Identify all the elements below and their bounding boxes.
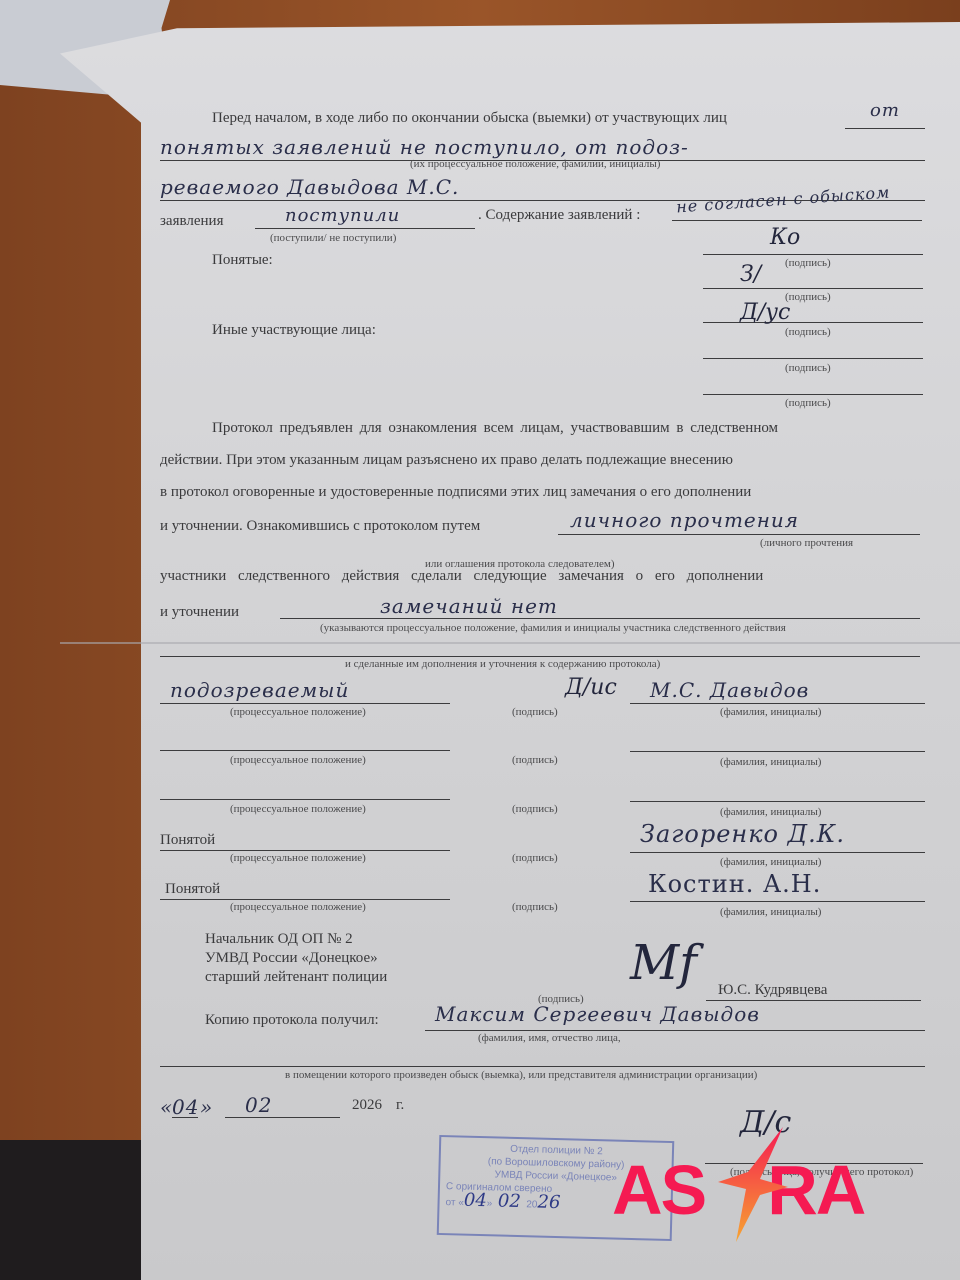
field-line <box>160 850 450 851</box>
signature-caption: (подпись) <box>785 257 831 269</box>
signature-caption: (подпись) <box>785 362 831 374</box>
logo-text-left: AS <box>612 1151 705 1229</box>
officer-name: Ю.С. Кудрявцева <box>718 982 827 999</box>
field-line <box>706 1000 921 1001</box>
caption-received: (поступили/ не поступили) <box>270 232 396 244</box>
caption-name: (фамилия, инициалы) <box>720 706 821 718</box>
hw-copy-receiver: Максим Сергеевич Давыдов <box>435 1002 760 1026</box>
hw-statements-1: понятых заявлений не поступило, от подоз… <box>160 135 689 159</box>
participant-role: Понятой <box>160 832 215 849</box>
field-line <box>845 128 925 129</box>
participant-role: Понятой <box>165 881 220 898</box>
signature-line <box>703 358 923 359</box>
intro-text: Перед началом, в ходе либо по окончании … <box>212 110 727 127</box>
stamp-month: 02 <box>498 1191 521 1213</box>
officer-title-line: УМВД России «Донецкое» <box>205 949 387 968</box>
participant-signature: Д/ис <box>565 675 617 700</box>
protocol-line-1: Протокол предъявлен для ознакомления все… <box>212 420 778 437</box>
field-line <box>160 1066 925 1067</box>
date-month: 02 <box>245 1093 272 1117</box>
hw-statements-0: от <box>870 100 900 121</box>
hw-statements-received: поступили <box>285 205 400 226</box>
field-line <box>255 228 475 229</box>
field-line <box>172 1117 198 1118</box>
field-line <box>160 899 450 900</box>
field-line <box>558 534 920 535</box>
other-participants-label: Иные участвующие лица: <box>212 322 376 339</box>
caption-remarks-1: (указываются процессуальное положение, ф… <box>320 622 786 634</box>
caption-role: (процессуальное положение) <box>230 852 366 864</box>
officer-signature: Мf <box>630 935 697 991</box>
protocol-line-3: в протокол оговоренные и удостоверенные … <box>160 484 751 501</box>
field-line <box>225 1117 340 1118</box>
participant-name: Костин. А.Н. <box>648 870 821 898</box>
stamp-year: 26 <box>537 1192 560 1214</box>
signature-caption: (подпись) <box>785 397 831 409</box>
field-line <box>425 1030 925 1031</box>
officer-title-line: Начальник ОД ОП № 2 <box>205 930 387 949</box>
stamp-day: 04 <box>464 1190 487 1212</box>
hw-read-method: личного прочтения <box>570 508 799 532</box>
officer-title-line: старший лейтенант полиции <box>205 968 387 987</box>
signature-caption: (подпись) <box>785 291 831 303</box>
hw-statements-2: реваемого Давыдова М.С. <box>160 175 459 199</box>
signature-caption: (подпись) <box>785 326 831 338</box>
caption-copy-1: (фамилия, имя, отчество лица, <box>478 1032 621 1044</box>
caption-sign: (подпись) <box>512 803 558 815</box>
caption-role: (процессуальное положение) <box>230 754 366 766</box>
signature-line <box>703 322 923 323</box>
field-line <box>160 656 920 657</box>
officer-title: Начальник ОД ОП № 2 УМВД России «Донецко… <box>205 930 387 987</box>
field-line <box>280 618 920 619</box>
copy-label: Копию протокола получил: <box>205 1012 379 1029</box>
date-suffix: г. <box>396 1097 404 1114</box>
signature-line <box>703 288 923 289</box>
field-line <box>630 751 925 752</box>
caption-role: (процессуальное положение) <box>230 706 366 718</box>
remarks-line: участники следственного действия сделали… <box>160 568 763 585</box>
hw-remarks: замечаний нет <box>380 594 558 618</box>
field-line <box>630 901 925 902</box>
remarks-label: и уточнении <box>160 604 239 621</box>
witnesses-label: Понятые: <box>212 252 273 269</box>
participant-name: Загоренко Д.К. <box>640 820 845 848</box>
caption-remarks-2: и сделанные им дополнения и уточнения к … <box>345 658 660 670</box>
participant-name: М.С. Давыдов <box>650 678 809 702</box>
date-day: 04 <box>172 1095 199 1119</box>
caption-name: (фамилия, инициалы) <box>720 856 821 868</box>
content-label: . Содержание заявлений : <box>478 207 640 224</box>
date-year: 2026 <box>352 1097 382 1114</box>
protocol-line-2: действии. При этом указанным лицам разъя… <box>160 452 733 469</box>
statements-label: заявления <box>160 213 223 230</box>
caption-status: (их процессуальное положение, фамилии, и… <box>410 158 660 170</box>
caption-read-method-1: (личного прочтения <box>760 537 853 549</box>
participant-role: подозреваемый <box>170 678 349 702</box>
field-line <box>630 703 925 704</box>
lightning-star-icon <box>718 1127 788 1242</box>
caption-sign: (подпись) <box>512 706 558 718</box>
caption-copy-2: в помещении которого произведен обыск (в… <box>285 1069 757 1081</box>
field-line <box>672 220 922 221</box>
witness-signature: Ко <box>770 225 800 250</box>
caption-sign: (подпись) <box>512 754 558 766</box>
caption-sign: (подпись) <box>512 852 558 864</box>
field-line <box>160 750 450 751</box>
caption-role: (процессуальное положение) <box>230 803 366 815</box>
field-line <box>160 703 450 704</box>
caption-name: (фамилия, инициалы) <box>720 906 821 918</box>
field-line <box>630 852 925 853</box>
field-line <box>630 801 925 802</box>
signature-line <box>703 394 923 395</box>
field-line <box>160 799 450 800</box>
signature-line <box>703 254 923 255</box>
caption-role: (процессуальное положение) <box>230 901 366 913</box>
participant-signature: Д/ус <box>740 300 790 325</box>
caption-name: (фамилия, инициалы) <box>720 806 821 818</box>
protocol-line-4: и уточнении. Ознакомившись с протоколом … <box>160 518 480 535</box>
date-close-quote: » <box>200 1095 213 1119</box>
caption-sign: (подпись) <box>512 901 558 913</box>
paper-fold <box>60 642 960 644</box>
caption-name: (фамилия, инициалы) <box>720 756 821 768</box>
witness-signature: З/ <box>740 262 761 287</box>
